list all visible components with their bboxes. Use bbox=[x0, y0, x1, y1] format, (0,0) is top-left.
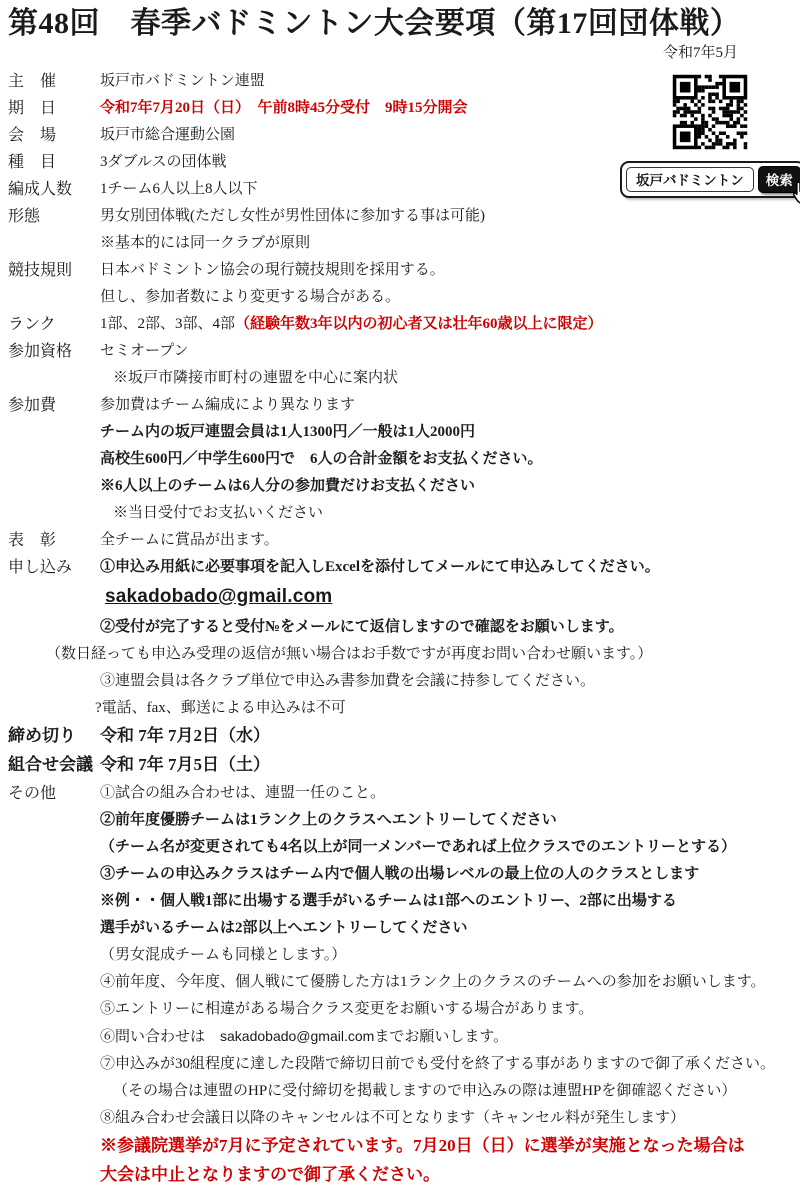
text-segment: セミオープン bbox=[100, 343, 189, 359]
row-label: その他 bbox=[8, 780, 56, 807]
text-segment: ④前年度、今年度、個人戦にて優勝した方は1ランク上のクラスのチームへの参加をお願… bbox=[100, 974, 766, 990]
row-label: 会 場 bbox=[8, 122, 56, 149]
doc-line: ⑦申込みが30組程度に達した段階で締切日前でも受付を終了する事がありますので御了… bbox=[8, 1051, 796, 1078]
doc-line: 高校生600円／中学生600円で 6人の合計金額をお支払ください。 bbox=[8, 446, 796, 473]
doc-line: 参加資格 セミオープン bbox=[8, 338, 796, 365]
doc-line: ※6人以上のチームは6人分の参加費だけお支払ください bbox=[8, 473, 796, 500]
text-segment: （その場合は連盟のHPに受付締切を掲載しますので申込みの際は連盟HPを御確認くだ… bbox=[113, 1083, 736, 1099]
row-label: 表 彰 bbox=[8, 527, 56, 554]
row-label: 編成人数 bbox=[8, 176, 72, 203]
text-segment: ③チームの申込みクラスはチーム内で個人戦の出場レベルの最上位の人のクラスとします bbox=[100, 866, 699, 882]
text-segment: 選手がいるチームは2部以上へエントリーしてください bbox=[100, 920, 468, 936]
row-label: 参加資格 bbox=[8, 338, 72, 365]
doc-line: 大会は中止となりますので御了承ください。 bbox=[8, 1161, 796, 1190]
text-segment: ①申込み用紙に必要事項を記入しExcelを添付してメールにて申込みしてください。 bbox=[100, 559, 660, 575]
text-segment: （チーム名が変更されても4名以上が同一メンバーであれば上位クラスでのエントリーと… bbox=[100, 839, 736, 855]
row-label: 期 日 bbox=[8, 95, 56, 122]
text-segment: 1部、2部、3部、4部 bbox=[100, 316, 235, 332]
text-segment: 日本バドミントン協会の現行競技規則を採用する。 bbox=[100, 262, 445, 278]
text-segment: 男女別団体戦(ただし女性が男性団体に参加する事は可能) bbox=[100, 208, 485, 224]
search-button-label: 検索 bbox=[766, 173, 793, 188]
text-segment: 大会は中止となりますので御了承ください。 bbox=[100, 1165, 440, 1184]
text-segment: ②受付が完了すると受付№をメールにて返信しますので確認をお願いします。 bbox=[100, 619, 624, 635]
doc-line: ③チームの申込みクラスはチーム内で個人戦の出場レベルの最上位の人のクラスとします bbox=[8, 861, 796, 888]
text-segment: ③連盟会員は各クラブ単位で申込み書参加費を会議に持参してください。 bbox=[100, 673, 595, 689]
search-input[interactable]: 坂戸バドミントン bbox=[626, 167, 754, 192]
doc-line: （男女混成チームも同様とします。） bbox=[8, 942, 796, 969]
text-segment: ※坂戸市隣接市町村の連盟を中心に案内状 bbox=[113, 370, 398, 386]
tournament-notice-page: 第48回 春季バドミントン大会要項（第17回団体戦） 令和7年5月 主 催 坂戸… bbox=[0, 0, 800, 1193]
text-segment: 1チーム6人以上8人以下 bbox=[100, 181, 258, 197]
text-segment: （男女混成チームも同様とします。） bbox=[100, 947, 346, 963]
doc-line: ※例・・個人戦1部に出場する選手がいるチームは1部へのエントリー、2部に出場する bbox=[8, 888, 796, 915]
text-segment: ※当日受付でお支払いください bbox=[113, 505, 323, 521]
text-segment: 高校生600円／中学生600円で 6人の合計金額をお支払ください。 bbox=[100, 451, 543, 467]
doc-line: ④前年度、今年度、個人戦にて優勝した方は1ランク上のクラスのチームへの参加をお願… bbox=[8, 969, 796, 996]
row-label: 申し込み bbox=[8, 554, 72, 581]
text-segment: 参加費はチーム編成により異なります bbox=[100, 397, 355, 413]
text-segment: 令和 7年 7月2日（水） bbox=[100, 726, 270, 745]
doc-line: 参加費 参加費はチーム編成により異なります bbox=[8, 392, 796, 419]
text-segment: ⑥問い合わせは bbox=[100, 1029, 220, 1045]
text-segment: ⑤エントリーに相違がある場合クラス変更をお願いする場合があります。 bbox=[100, 1001, 593, 1017]
row-label: ランク bbox=[8, 311, 56, 338]
doc-line: 表 彰 全チームに賞品が出ます。 bbox=[8, 527, 796, 554]
doc-line: 締め切り 令和 7年 7月2日（水） bbox=[8, 722, 796, 751]
text-segment: ?電話、fax、郵送による申込みは不可 bbox=[95, 700, 346, 716]
doc-line: 選手がいるチームは2部以上へエントリーしてください bbox=[8, 915, 796, 942]
row-label: 締め切り bbox=[8, 722, 76, 749]
row-label: 参加費 bbox=[8, 392, 56, 419]
text-segment: 令和 7年 7月5日（土） bbox=[100, 755, 270, 774]
row-label: 主 催 bbox=[8, 68, 56, 95]
doc-line: ?電話、fax、郵送による申込みは不可 bbox=[8, 695, 796, 722]
search-button[interactable]: 検索 bbox=[758, 166, 800, 193]
doc-line: ランク 1部、2部、3部、4部（経験年数3年以内の初心者又は壮年60歳以上に限定… bbox=[8, 311, 796, 338]
doc-line: （その場合は連盟のHPに受付締切を掲載しますので申込みの際は連盟HPを御確認くだ… bbox=[8, 1078, 796, 1105]
text-segment: sakadobado@gmail.com bbox=[220, 1028, 374, 1044]
doc-line: チーム内の坂戸連盟会員は1人1300円／一般は1人2000円 bbox=[8, 419, 796, 446]
doc-line: ②受付が完了すると受付№をメールにて返信しますので確認をお願いします。 bbox=[8, 614, 796, 641]
doc-line: （チーム名が変更されても4名以上が同一メンバーであれば上位クラスでのエントリーと… bbox=[8, 834, 796, 861]
document-body: 主 催 坂戸市バドミントン連盟 期 日 令和7年7月20日（日） 午前8時45分… bbox=[8, 68, 796, 1190]
doc-line: 競技規則 日本バドミントン協会の現行競技規則を採用する。 bbox=[8, 257, 796, 284]
text-segment: 令和7年7月20日（日） 午前8時45分受付 9時15分開会 bbox=[100, 100, 468, 116]
text-segment: までお願いします。 bbox=[374, 1029, 508, 1045]
doc-line: ※基本的には同一クラブが原則 bbox=[8, 230, 796, 257]
text-segment: チーム内の坂戸連盟会員は1人1300円／一般は1人2000円 bbox=[100, 424, 475, 440]
row-label: 競技規則 bbox=[8, 257, 72, 284]
text-segment: ②前年度優勝チームは1ランク上のクラスへエントリーしてください bbox=[100, 812, 557, 828]
text-segment: 但し、参加者数により変更する場合がある。 bbox=[100, 289, 400, 305]
doc-line: 但し、参加者数により変更する場合がある。 bbox=[8, 284, 796, 311]
doc-line: （数日経っても申込み受理の返信が無い場合はお手数ですが再度お問い合わせ願います。… bbox=[8, 641, 796, 668]
doc-line: その他 ①試合の組み合わせは、連盟一任のこと。 bbox=[8, 780, 796, 807]
doc-line: ⑤エントリーに相違がある場合クラス変更をお願いする場合があります。 bbox=[8, 996, 796, 1023]
text-segment: 坂戸市総合運動公園 bbox=[100, 127, 235, 143]
text-segment: 坂戸市バドミントン連盟 bbox=[100, 73, 265, 89]
text-segment: ※参議院選挙が7月に予定されています。7月20日（日）に選挙が実施となった場合は bbox=[100, 1136, 745, 1155]
search-widget: 坂戸バドミントン 検索 bbox=[620, 161, 800, 198]
row-label: 形態 bbox=[8, 203, 40, 230]
qr-code bbox=[671, 73, 749, 155]
row-label: 種 目 bbox=[8, 149, 56, 176]
doc-line: ⑧組み合わせ会議日以降のキャンセルは不可となります（キャンセル料が発生します） bbox=[8, 1105, 796, 1132]
text-segment: ※例・・個人戦1部に出場する選手がいるチームは1部へのエントリー、2部に出場する bbox=[100, 893, 677, 909]
doc-line: sakadobado@gmail.com bbox=[8, 581, 796, 614]
doc-line: ⑥問い合わせは sakadobado@gmail.comまでお願いします。 bbox=[8, 1023, 796, 1051]
text-segment: ⑧組み合わせ会議日以降のキャンセルは不可となります（キャンセル料が発生します） bbox=[100, 1110, 685, 1126]
doc-line: ②前年度優勝チームは1ランク上のクラスへエントリーしてください bbox=[8, 807, 796, 834]
doc-line: 組合せ会議 令和 7年 7月5日（土） bbox=[8, 751, 796, 780]
doc-line: 申し込み ①申込み用紙に必要事項を記入しExcelを添付してメールにて申込みして… bbox=[8, 554, 796, 581]
text-segment: ※基本的には同一クラブが原則 bbox=[100, 235, 310, 251]
doc-line: 形態 男女別団体戦(ただし女性が男性団体に参加する事は可能) bbox=[8, 203, 796, 230]
text-segment: （経験年数3年以内の初心者又は壮年60歳以上に限定） bbox=[235, 316, 603, 332]
doc-line: ※参議院選挙が7月に予定されています。7月20日（日）に選挙が実施となった場合は bbox=[8, 1132, 796, 1161]
text-segment: 3ダブルスの団体戦 bbox=[100, 154, 226, 170]
text-segment: ※6人以上のチームは6人分の参加費だけお支払ください bbox=[100, 478, 475, 494]
doc-line: ③連盟会員は各クラブ単位で申込み書参加費を会議に持参してください。 bbox=[8, 668, 796, 695]
doc-line: ※当日受付でお支払いください bbox=[8, 500, 796, 527]
text-segment: sakadobado@gmail.com bbox=[105, 586, 332, 607]
text-segment: ⑦申込みが30組程度に達した段階で締切日前でも受付を終了する事がありますので御了… bbox=[100, 1056, 775, 1072]
text-segment: ①試合の組み合わせは、連盟一任のこと。 bbox=[100, 785, 385, 801]
text-segment: 全チームに賞品が出ます。 bbox=[100, 532, 279, 548]
row-label: 組合せ会議 bbox=[8, 751, 93, 778]
issued-date: 令和7年5月 bbox=[8, 42, 796, 64]
text-segment: （数日経っても申込み受理の返信が無い場合はお手数ですが再度お問い合わせ願います。… bbox=[46, 646, 652, 662]
doc-line: ※坂戸市隣接市町村の連盟を中心に案内状 bbox=[8, 365, 796, 392]
page-title: 第48回 春季バドミントン大会要項（第17回団体戦） bbox=[8, 6, 796, 42]
